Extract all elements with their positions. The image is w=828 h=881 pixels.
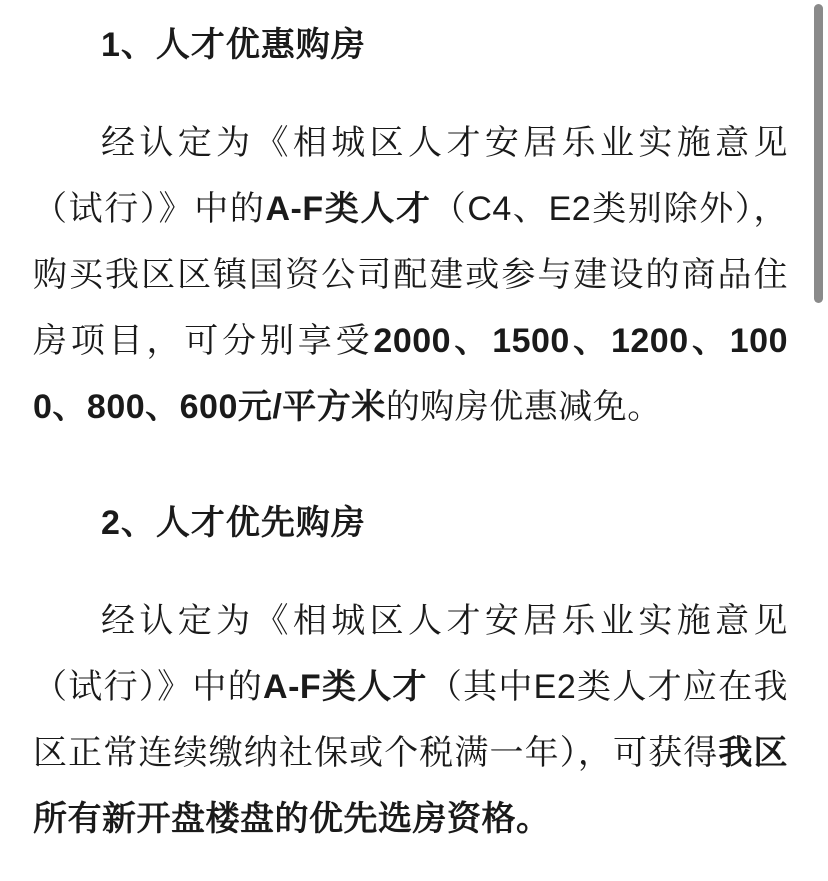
section-priority-purchase: 2、人才优先购房 经认定为《相城区人才安居乐业实施意见（试行）》中的A-F类人才… (33, 498, 788, 852)
scrollbar-thumb[interactable] (814, 4, 823, 303)
article-page: 1、人才优惠购房 经认定为《相城区人才安居乐业实施意见（试行）》中的A-F类人才… (0, 0, 828, 852)
text-segment-bold: A-F类人才 (263, 668, 428, 706)
section-preferential-purchase: 1、人才优惠购房 经认定为《相城区人才安居乐业实施意见（试行）》中的A-F类人才… (33, 20, 788, 440)
section-2-heading: 2、人才优先购房 (33, 498, 788, 548)
section-1-heading: 1、人才优惠购房 (33, 20, 788, 70)
section-2-paragraph: 经认定为《相城区人才安居乐业实施意见（试行）》中的A-F类人才（其中E2类人才应… (33, 588, 788, 852)
text-segment-bold: A-F类人才 (265, 190, 431, 228)
section-1-paragraph: 经认定为《相城区人才安居乐业实施意见（试行）》中的A-F类人才（C4、E2类别除… (33, 110, 788, 440)
text-segment: 的购房优惠减免。 (386, 388, 662, 426)
